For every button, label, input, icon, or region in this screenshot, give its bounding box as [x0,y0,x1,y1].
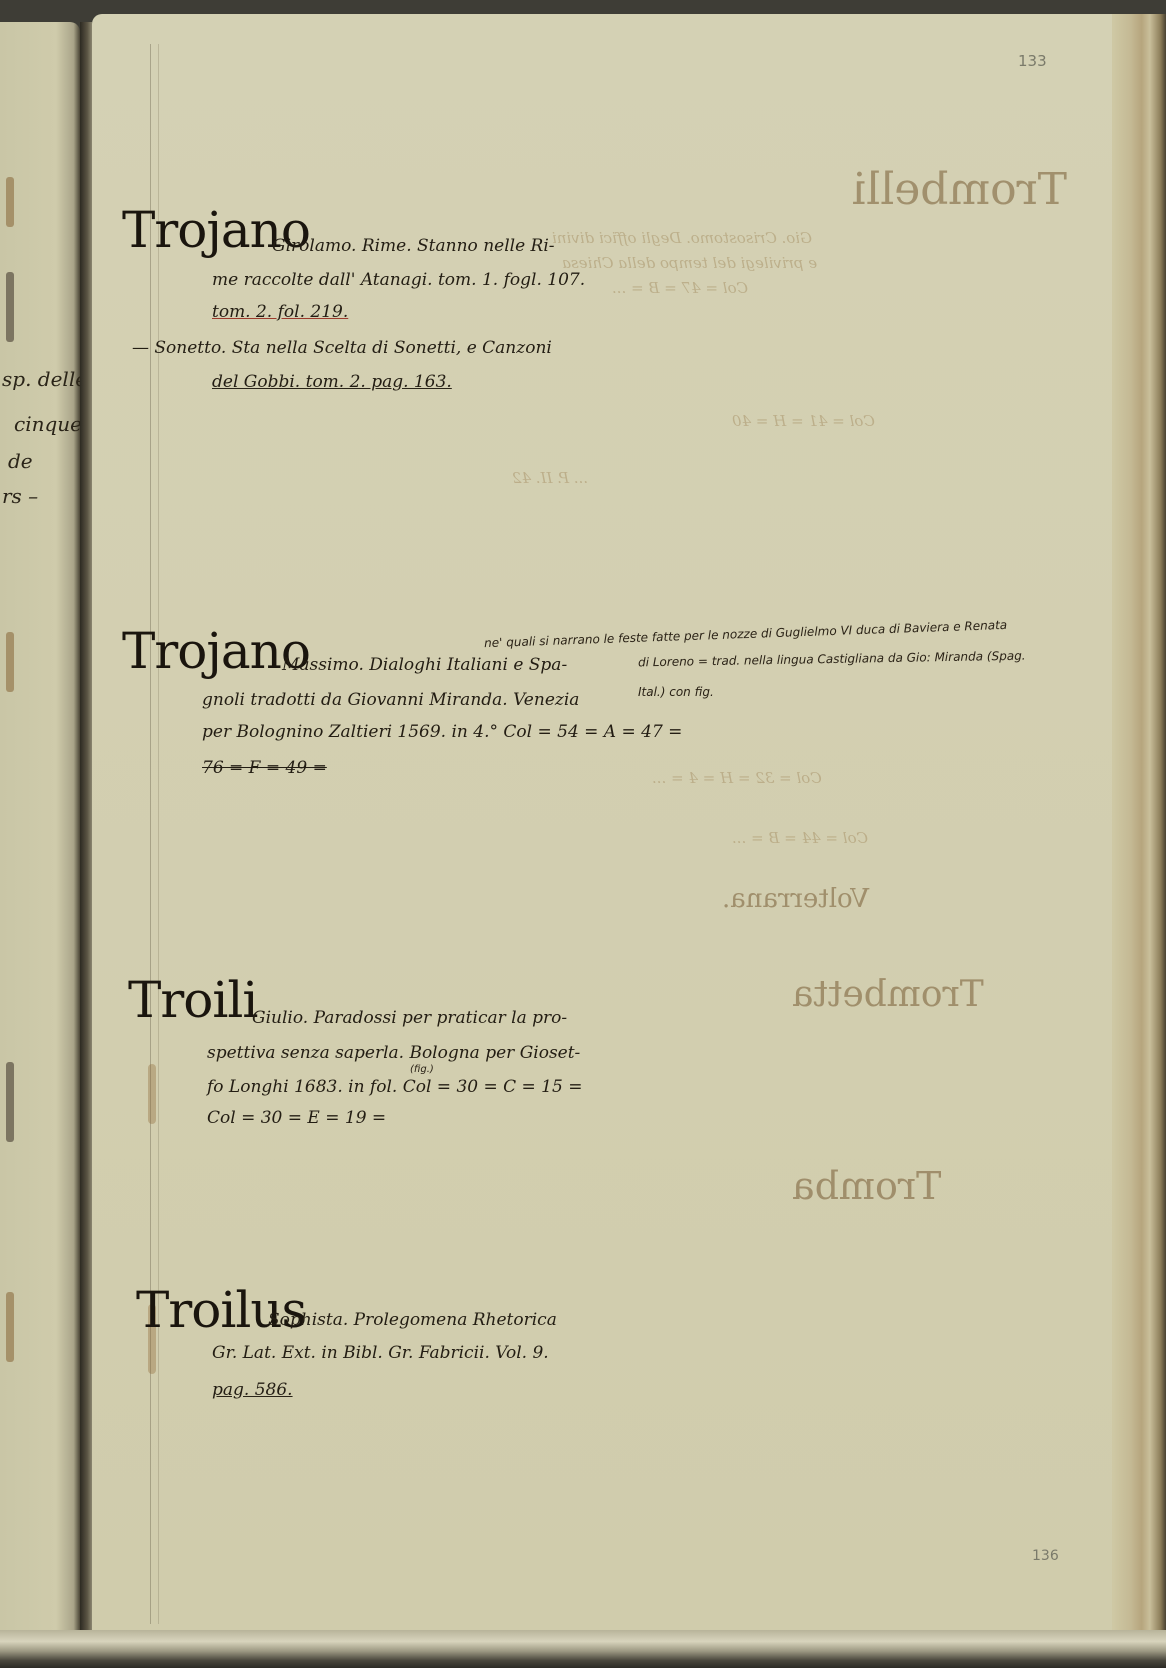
entry-line: Girolamo. Rime. Stanno nelle Ri- [272,236,555,256]
folio-number-bottom: 136 [1032,1548,1059,1564]
stain [6,177,14,227]
scanner-bottom-edge [0,1630,1166,1668]
folio-number-top: 133 [1018,52,1047,70]
book-gutter [80,22,92,1642]
entry-line: per Bolognino Zaltieri 1569. in 4.° Col … [202,722,682,742]
bleed-through-heading: Trombelli [852,164,1067,215]
stain [6,1292,14,1362]
stain [6,632,14,692]
left-page-fragment: sp. delle [2,367,87,391]
entry-line: del Gobbi. tom. 2. pag. 163. [212,372,452,392]
left-page-fragment: de [8,449,33,473]
stain [6,272,14,342]
superscript-note: (fig.) [410,1064,434,1075]
entry-line: 76 = F = 49 = [202,758,327,778]
entry-line: Giulio. Paradossi per praticar la pro- [252,1008,567,1028]
margin-rule [150,44,151,1624]
bleed-through-line: Col = 47 = B = ... [612,279,748,297]
entry-line: me raccolte dall' Atanagi. tom. 1. fogl.… [212,270,585,290]
left-page-fragment: cinque [14,412,82,436]
entry-line: Col = 30 = E = 19 = [207,1108,386,1128]
marginal-note: Ital.) con fig. [638,685,714,699]
entry-line: gnoli tradotti da Giovanni Miranda. Vene… [202,690,579,710]
bleed-through-heading: Trombetta [792,974,984,1015]
entry-headword: Troili [128,975,257,1025]
stain [6,1062,14,1142]
bleed-through-line: ... P. II. 42 [512,469,588,487]
catalogue-entry: Troili [128,975,257,1025]
entry-line: tom. 2. fol. 219. [212,302,348,322]
stain [148,1064,156,1124]
left-facing-page: sp. delle cinque de rs – [0,22,80,1642]
bleed-through-line: Col = 44 = B = ... [732,829,868,847]
page-edge-stack [1112,14,1166,1644]
entry-line: fo Longhi 1683. in fol. Col = 30 = C = 1… [207,1077,582,1097]
bleed-through-line: Gio. Crisostomo. Degli offici divini [552,229,812,247]
entry-line: Sophista. Prolegomena Rhetorica [268,1310,557,1330]
left-page-fragment: rs – [2,484,38,508]
entry-line: Gr. Lat. Ext. in Bibl. Gr. Fabricii. Vol… [212,1343,549,1363]
entry-line: — Sonetto. Sta nella Scelta di Sonetti, … [132,338,552,358]
entry-line: Massimo. Dialoghi Italiani e Spa- [282,655,567,675]
bleed-through-heading: Tromba [792,1164,941,1208]
bleed-through-line: Col = 41 = H = 40 [732,412,875,430]
entry-line: pag. 586. [212,1380,293,1400]
bleed-through-heading: Volterrana. [722,884,869,914]
entry-line: spettiva senza saperla. Bologna per Gios… [207,1043,580,1063]
bleed-through-line: e privilegi del tempo della Chiesa [562,254,817,272]
bleed-through-line: Col = 32 = H = 4 = ... [652,769,822,787]
margin-rule [158,44,159,1624]
